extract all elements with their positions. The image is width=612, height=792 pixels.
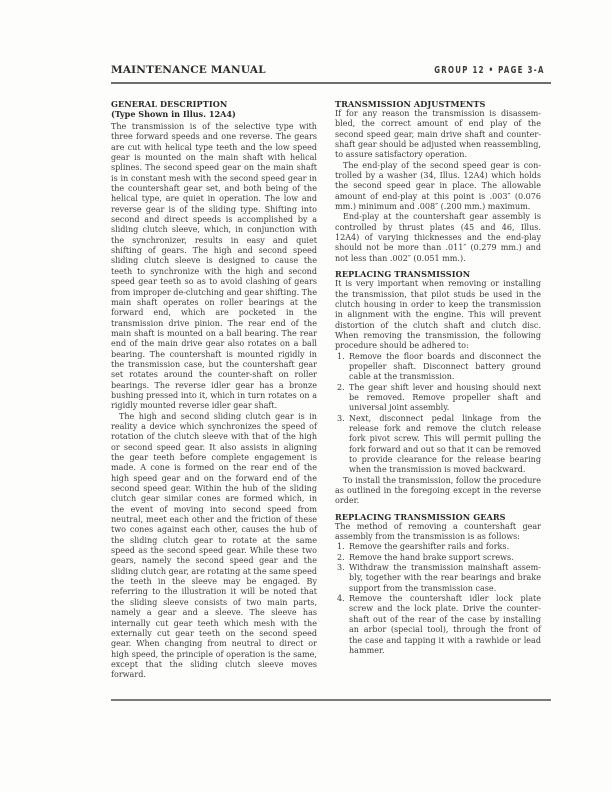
list-item: 3.Next, disconnect pedal linkage from th… (335, 414, 541, 476)
list-item: 4.Remove the countershaft idler lock pla… (335, 594, 541, 656)
list-item: 1.Remove the gearshifter rails and forks… (335, 542, 541, 552)
paragraph: The end-play of the second speed gear is… (335, 161, 541, 213)
paragraph: The transmission is of the selective typ… (111, 122, 317, 412)
procedure-list: 1.Remove the floor boards and disconnect… (335, 352, 541, 476)
list-item: 2.The gear shift lever and housing shoul… (335, 383, 541, 414)
footer-rule (111, 699, 551, 701)
paragraph: The high and second sliding clutch gear … (111, 412, 317, 681)
header-rule (111, 82, 551, 84)
manual-title: MAINTENANCE MANUAL (111, 64, 266, 76)
paragraph: It is very important when removing or in… (335, 279, 541, 351)
procedure-list: 1.Remove the gearshifter rails and forks… (335, 542, 541, 656)
section-heading-replacing-gears: REPLACING TRANSMISSION GEARS (335, 512, 541, 522)
list-item: 3.Withdraw the transmission mainshaft as… (335, 563, 541, 594)
paragraph: The method of removing a countershaft ge… (335, 522, 541, 543)
section-heading-replacing-transmission: REPLACING TRANSMISSION (335, 269, 541, 279)
left-column: GENERAL DESCRIPTION (Type Shown in Illus… (111, 99, 317, 681)
page-number: GROUP 12 • PAGE 3-A (435, 65, 545, 76)
section-heading-adjustments: TRANSMISSION ADJUSTMENTS (335, 99, 541, 109)
list-item: 1.Remove the floor boards and disconnect… (335, 352, 541, 383)
paragraph: To install the transmission, follow the … (335, 476, 541, 507)
list-item: 2.Remove the hand brake support screws. (335, 553, 541, 563)
page-header: MAINTENANCE MANUAL GROUP 12 • PAGE 3-A (111, 64, 539, 82)
paragraph: End-play at the countershaft gear assemb… (335, 212, 541, 264)
right-column: TRANSMISSION ADJUSTMENTS If for any reas… (335, 99, 541, 656)
paragraph: If for any reason the transmission is di… (335, 109, 541, 161)
section-subheading: (Type Shown in Illus. 12A4) (111, 109, 317, 119)
section-heading-general-description: GENERAL DESCRIPTION (111, 99, 317, 109)
